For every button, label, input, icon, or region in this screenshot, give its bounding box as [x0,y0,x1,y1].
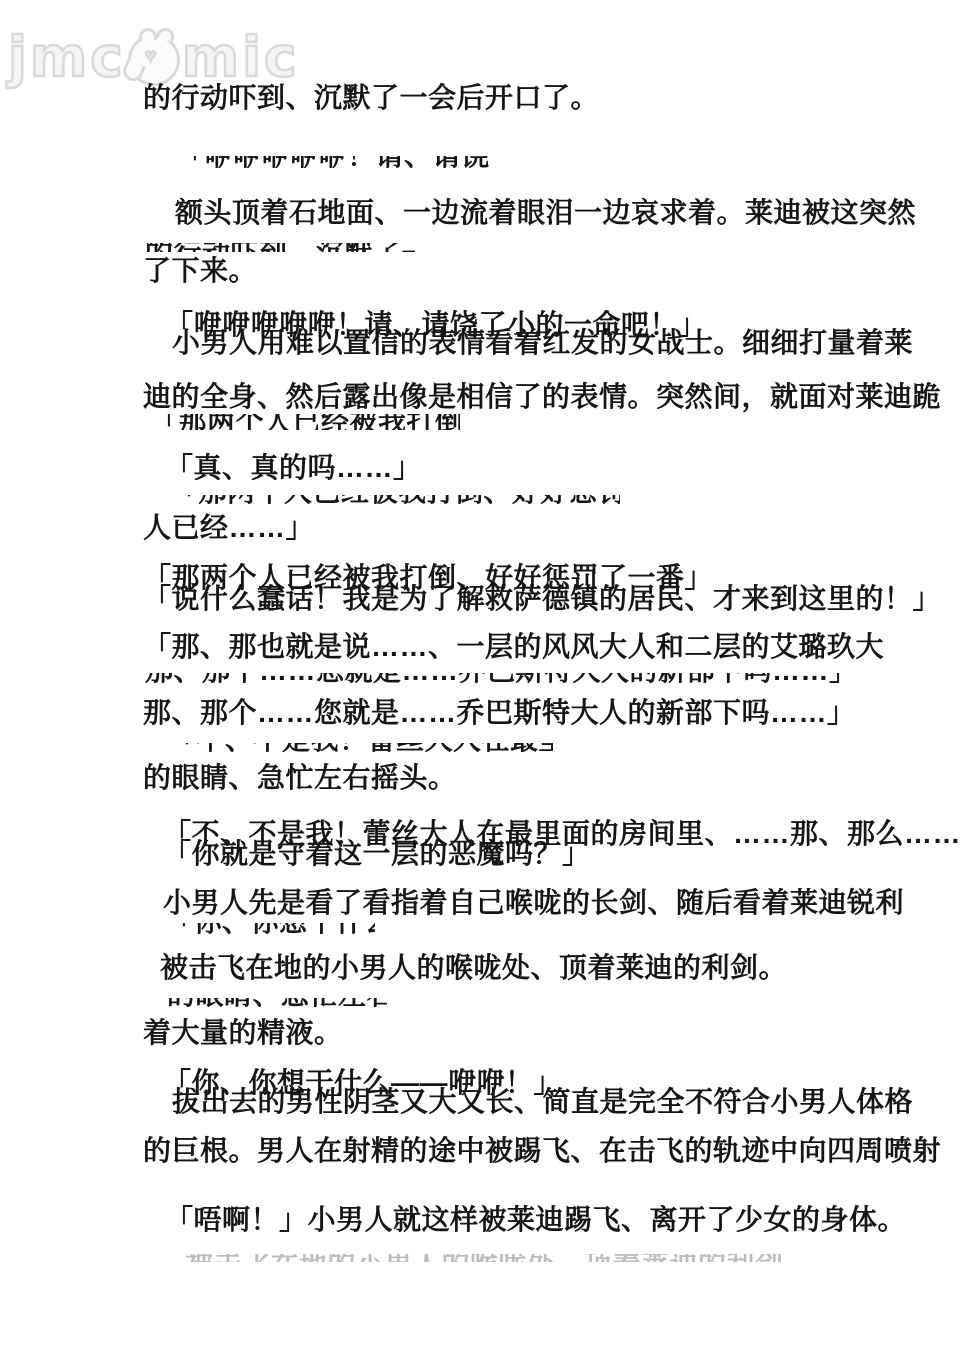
watermark-text-right: mic [182,27,300,87]
text-line-content: 「你就是守着这一层的恶魔吗？」 [163,839,591,869]
text-line: 被击飞在地的小男人的喉咙处、顶着莱迪的利剑。 [160,953,787,983]
text-line: 小男人用难以置信的表情看着红发的女战士。细细打量着莱 [172,328,913,358]
text-line: 拔出去的男性阴茎又大又长、简直是完全不符合小男人体格 [172,1087,913,1117]
text-line: 「说什么蠢话！我是为了解救萨德镇的居民、才来到这里的！」 [143,584,941,614]
text-line: 额头顶着石地面、一边流着眼泪一边哀求着。莱迪被这突然 [175,198,916,228]
text-line-clipped: 「那两个人已经被我打倒、好好惩罚了一番」 [150,414,460,430]
text-line-content: 的行动吓到、沉默了一会后开口了。 [145,243,415,252]
text-line: 「那、那也就是说……、一层的风风大人和二层的艾璐玖大 [143,632,884,662]
text-line-clipped: 的眼睛、急忙左右摇头。 [167,998,387,1007]
text-line-content: 迪的全身、然后露出像是相信了的表情。突然间，就面对莱迪跪 [143,382,941,412]
text-line-clipped: 的行动吓到、沉默了一会后开口了。 [145,243,415,252]
text-line: 着大量的精液。 [143,1018,343,1048]
text-line-content: 被击飞在地的小男人的喉咙处、顶着莱迪的利剑。 [160,953,787,983]
text-line-content: 那、那个……您就是……乔巴斯特大人的新部下吗……」 [143,698,856,728]
text-line: 小男人先是看了看指着自己喉咙的长剑、随后看着莱迪锐利 [163,888,904,918]
text-line-content: 「那、那也就是说……、一层的风风大人和二层的艾璐玖大 [143,632,884,662]
watermark: jmc ♥ mic [8,26,300,88]
mascot-icon: ♥ [128,34,180,86]
text-line-content: 的行动吓到、沉默了一会后开口了。 [143,83,599,113]
text-line-clipped: 「咿咿咿咿咿！请、请饶了小的一命吧！」 [176,156,496,168]
text-line: 「真、真的吗……」 [165,453,422,483]
text-line: 迪的全身、然后露出像是相信了的表情。突然间，就面对莱迪跪 [143,382,941,412]
text-line: 的行动吓到、沉默了一会后开口了。 [143,83,599,113]
mascot-ear-icon [156,26,176,42]
watermark-text-left: jmc [8,27,126,87]
text-line-content: 的眼睛、急忙左右摇头。 [167,998,387,1007]
text-line-content: 「说什么蠢话！我是为了解救萨德镇的居民、才来到这里的！」 [143,584,941,614]
text-line-clipped: 那、那个……您就是……乔巴斯特大人的新部下吗……」 [145,673,850,683]
text-line-content: 「唔啊！」小男人就这样被莱迪踢飞、离开了少女的身体。 [165,1205,906,1235]
text-line-content: 小男人用难以置信的表情看着红发的女战士。细细打量着莱 [172,328,913,358]
heart-icon: ♥ [145,45,157,68]
text-line-content: 小男人先是看了看指着自己喉咙的长剑、随后看着莱迪锐利 [163,888,904,918]
text-line: 「你就是守着这一层的恶魔吗？」 [163,839,591,869]
mascot-ear-icon [139,28,157,40]
text-line: 了下来。 [143,256,257,286]
text-line-content: 「不、不是我！蕾丝大人在最里面的房间里、……那、那么…… [168,743,553,752]
text-line-content: 了下来。 [143,256,257,286]
text-line-clipped: 「你、你想干什么——咿咿！」 [165,923,375,934]
text-line-clipped: 「那两个人已经被我打倒、好好惩罚了一番」 [170,495,620,504]
novel-page: jmc ♥ mic 的行动吓到、沉默了一会后开口了。「咿咿咿咿咿！请、请饶了小的… [0,0,960,1358]
text-line-clipped: 被击飞在地的小男人的喉咙处、顶着莱迪的利剑。 [185,1254,875,1262]
text-line-content: 被击飞在地的小男人的喉咙处、顶着莱迪的利剑。 [185,1254,812,1262]
text-line: 「唔啊！」小男人就这样被莱迪踢飞、离开了少女的身体。 [165,1205,906,1235]
text-line-content: 的巨根。男人在射精的途中被踢飞、在击飞的轨迹中向四周喷射 [143,1136,941,1166]
text-line-content: 「你、你想干什么——咿咿！」 [165,923,375,934]
text-line-content: 额头顶着石地面、一边流着眼泪一边哀求着。莱迪被这突然 [175,198,916,228]
text-line-content: 「咿咿咿咿咿！请、请饶了小的一命吧！」 [176,156,496,168]
text-line-content: 人已经……」 [143,513,314,543]
text-line-content: 那、那个……您就是……乔巴斯特大人的新部下吗……」 [145,673,850,683]
text-line-content: 「那两个人已经被我打倒、好好惩罚了一番」 [150,414,460,430]
text-line-content: 着大量的精液。 [143,1018,343,1048]
text-line-content: 的眼睛、急忙左右摇头。 [143,763,457,793]
text-line-content: 「真、真的吗……」 [165,453,422,483]
text-line: 那、那个……您就是……乔巴斯特大人的新部下吗……」 [143,698,856,728]
text-line: 的巨根。男人在射精的途中被踢飞、在击飞的轨迹中向四周喷射 [143,1136,941,1166]
text-line-clipped: 「不、不是我！蕾丝大人在最里面的房间里、……那、那么…… [168,743,553,752]
text-line: 人已经……」 [143,513,314,543]
text-line-content: 「那两个人已经被我打倒、好好惩罚了一番」 [170,495,620,504]
text-line: 的眼睛、急忙左右摇头。 [143,763,457,793]
text-line-content: 拔出去的男性阴茎又大又长、简直是完全不符合小男人体格 [172,1087,913,1117]
